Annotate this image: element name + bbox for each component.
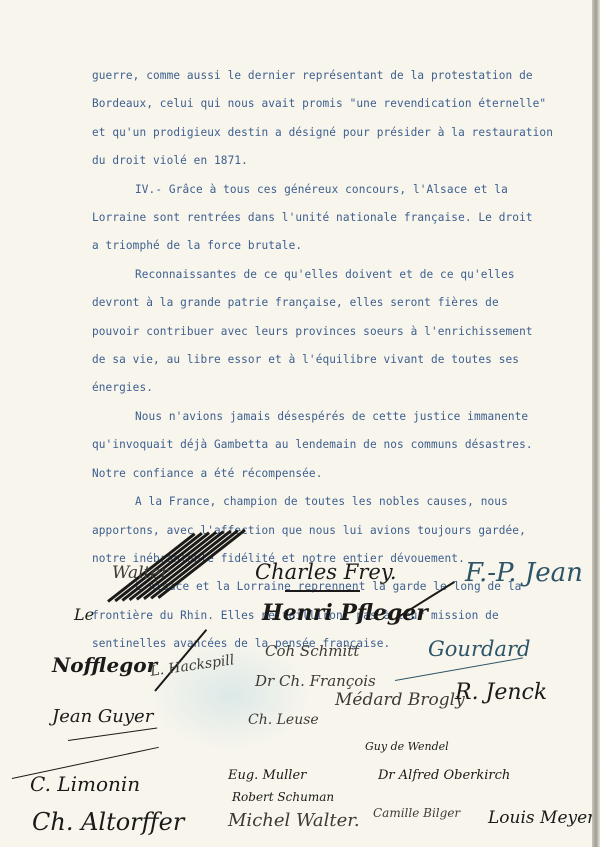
signature: Ch. Leuse xyxy=(248,712,319,728)
text-line: Reconnaissantes de ce qu'elles doivent e… xyxy=(92,261,592,289)
signature-francois: Dr Ch. François xyxy=(255,672,376,690)
signature-altorffer: Ch. Altorffer xyxy=(32,808,184,836)
text-line: Lorraine sont rentrées dans l'unité nati… xyxy=(92,204,592,232)
text-line: qu'invoquait déjà Gambetta au lendemain … xyxy=(92,431,592,459)
signature-michel-walter: Michel Walter. xyxy=(228,810,360,831)
paragraph-2: IV.- Grâce à tous ces généreux concours,… xyxy=(92,176,592,261)
text-line: du droit violé en 1871. xyxy=(92,147,592,175)
text-line: énergies. xyxy=(92,374,592,402)
signature-fp-jean: F.-P. Jean xyxy=(465,558,583,588)
signature: Nofflegor xyxy=(52,653,157,677)
text-line: guerre, comme aussi le dernier représent… xyxy=(92,62,592,90)
signature: R. Jenck xyxy=(455,680,547,705)
signature: Walter xyxy=(112,563,169,583)
text-line: de sa vie, au libre essor et à l'équilib… xyxy=(92,346,592,374)
signature-louis-meyer: Louis Meyer xyxy=(488,808,595,828)
paragraph-3: Reconnaissantes de ce qu'elles doivent e… xyxy=(92,261,592,403)
text-line: pouvoir contribuer avec leurs provinces … xyxy=(92,318,592,346)
text-line: a triomphé de la force brutale. xyxy=(92,232,592,260)
signature: Coh Schmitt xyxy=(265,642,359,660)
signature: Jean Guyer xyxy=(52,706,153,727)
paragraph-1: guerre, comme aussi le dernier représent… xyxy=(92,62,592,176)
signature-charles-frey: Charles Frey. xyxy=(255,560,397,584)
text-line: et qu'un prodigieux destin a désigné pou… xyxy=(92,119,592,147)
signature-robert-schuman: Robert Schuman xyxy=(232,790,334,804)
text-line: Nous n'avions jamais désespérés de cette… xyxy=(92,403,592,431)
signature: Henri Pfleger xyxy=(262,600,428,626)
signature: Le xyxy=(74,605,94,624)
text-line: IV.- Grâce à tous ces généreux concours,… xyxy=(92,176,592,204)
page-edge xyxy=(592,0,600,847)
signature: Gourdard xyxy=(428,637,530,661)
underline-stroke xyxy=(285,590,360,592)
document-page: guerre, comme aussi le dernier représent… xyxy=(0,0,592,847)
text-line: Bordeaux, celui qui nous avait promis "u… xyxy=(92,90,592,118)
signature-camille-bilger: Camille Bilger xyxy=(373,806,460,820)
signature-medard-brogly: Médard Brogly xyxy=(335,690,465,710)
flourish-stroke xyxy=(68,727,157,741)
signature-alfred-oberkirch: Dr Alfred Oberkirch xyxy=(378,768,510,783)
text-line: Notre confiance a été récompensée. xyxy=(92,460,592,488)
signature-limonin: C. Limonin xyxy=(30,772,140,796)
signature-guy-de-wendel: Guy de Wendel xyxy=(365,740,449,753)
text-line: A la France, champion de toutes les nobl… xyxy=(92,488,592,516)
signature-eug-muller: Eug. Muller xyxy=(228,768,306,783)
text-line: apportons, avec l'affection que nous lui… xyxy=(92,517,592,545)
paragraph-4: Nous n'avions jamais désespérés de cette… xyxy=(92,403,592,488)
text-line: devront à la grande patrie française, el… xyxy=(92,289,592,317)
